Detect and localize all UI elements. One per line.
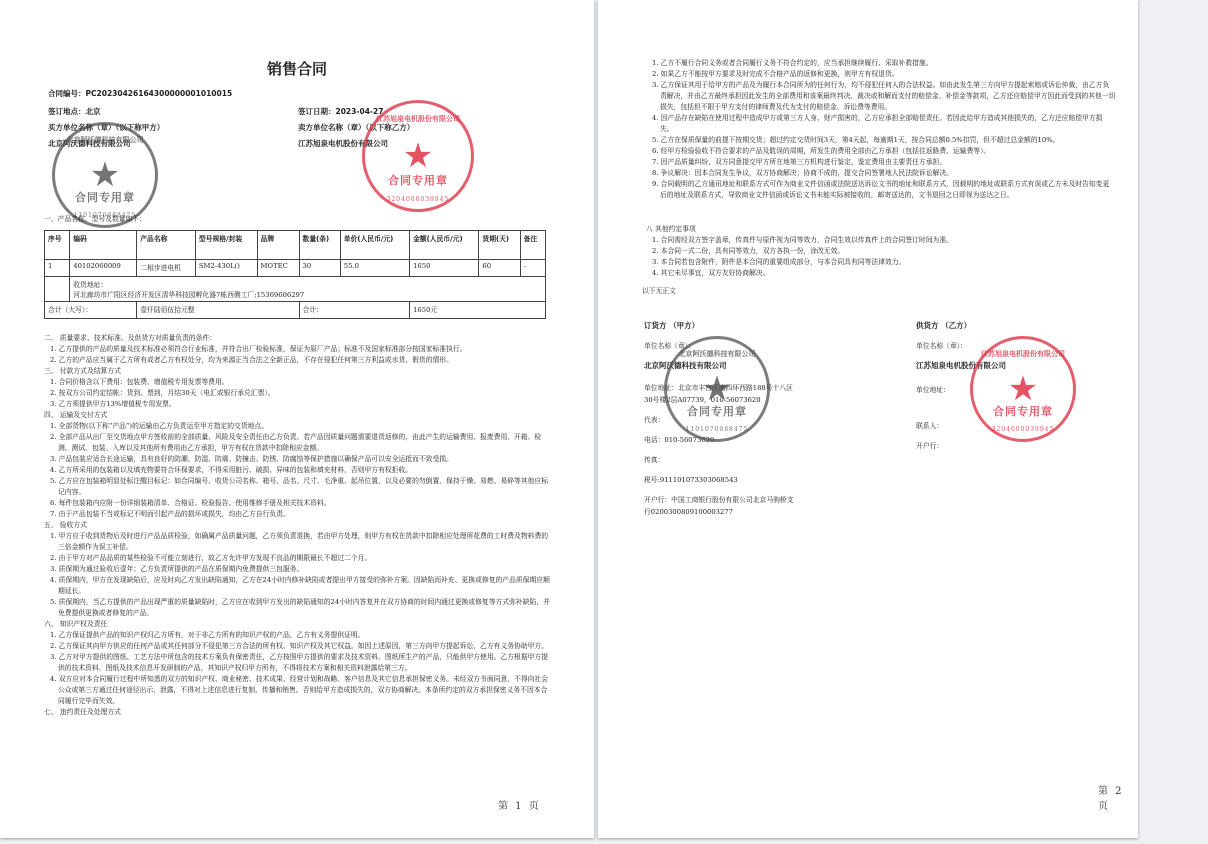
clause-item: 4. 乙方所采用的包装箱以及填充物要符合环保要求，不得采用脏污、破损、异味的包装… xyxy=(44,465,554,476)
buyer-name-label: 单位名称（章）： xyxy=(644,340,794,352)
column-header: 金额(人民币/元) xyxy=(410,231,479,260)
clause-item: 1. 合同价格含以下费用：包装费、增值税专用发票等费用。 xyxy=(44,377,554,388)
clause-item: 7. 由于产品包装不当或标记不明而引起产品的损坏或损失，均由乙方自行负责。 xyxy=(44,509,554,520)
clause-item: 4. 质保期内，甲方在发现缺陷后，应及时向乙方发出缺陷通知，乙方在24小时内修补… xyxy=(44,575,554,597)
seller-name-label: 单位名称（章）： xyxy=(916,340,1066,352)
seal-text: 合同专用章 xyxy=(388,172,448,188)
section-1-title: 一、产品名称、型号及数量如下： xyxy=(44,214,554,225)
column-header: 产品名称 xyxy=(137,231,196,260)
section-heading: 二、 质量要求、技术标准、及供货方对质量负责的条件： xyxy=(44,333,554,344)
address-row: 收货地址： 河北廊坊市广阳区经济开发区清华科技园孵化器7栋西侧工厂;153696… xyxy=(45,277,546,302)
buyer-name: 北京阿沃德科技有限公司 xyxy=(644,360,794,372)
column-header: 单价(人民币/元) xyxy=(340,231,409,260)
clause-item: 5. 质保期内，当乙方提供的产品出现严重的质量缺陷时，乙方应在收到甲方发出的缺陷… xyxy=(44,597,554,619)
seller-name: 江苏旭泉电机股份有限公司 xyxy=(916,360,1066,372)
clause-item: 3. 乙方对甲方提供的图纸、工艺方法中所包含的技术方案负有保密责任，乙方按照甲方… xyxy=(44,652,554,674)
clause-item: 3. 质保期为通过验收后壹年；乙方负责所提供的产品在质保期内免费提供三包服务。 xyxy=(44,564,554,575)
clause-item: 4. 因产品存在缺陷在使用过程中造成甲方或第三方人身、财产损害的，乙方应承担全部… xyxy=(646,113,1116,135)
seller-bank: 开户行： xyxy=(916,440,1066,452)
seller-label: 卖方单位名称（章）（以下称乙方） xyxy=(298,122,414,133)
address-label: 收货地址： xyxy=(73,279,542,289)
buyer-label: 买方单位名称（章）（以下称甲方） xyxy=(48,122,164,133)
page-number: 第 1 页 xyxy=(498,797,541,812)
total-row: 合计（大写）： 壹仟陆佰伍拾元整 合计： 1650元 xyxy=(45,302,546,319)
buyer-representative: 代表： xyxy=(644,414,794,426)
total-upper-value: 壹仟陆佰伍拾元整 xyxy=(137,302,299,319)
page-number: 第 2 页 xyxy=(1098,782,1138,812)
clause-item: 3. 产品包装应适合长途运输，具有良好的防潮、防湿、防震、防撞击、防锈、防腐蚀等… xyxy=(44,454,554,465)
clause-item: 3. 本合同若包含附件，附件是本合同的重要组成部分，与本合同具有同等法律效力。 xyxy=(646,257,1116,268)
buyer-bank: 开户行：中国工商银行股份有限公司北京马驹桥支行02003008091000032… xyxy=(644,494,794,518)
seal-number: 3204000039945 xyxy=(387,196,450,203)
clause-item: 8. 争议解决：因本合同发生争议，双方协商解决；协商不成的，提交合同签署地人民法… xyxy=(646,168,1116,179)
buyer-tax-id: 税号:911101073303068543 xyxy=(644,474,794,486)
delivery-address: 收货地址： 河北廊坊市广阳区经济开发区清华科技园孵化器7栋西侧工厂;153696… xyxy=(70,277,546,302)
table-cell: 1650 xyxy=(410,260,479,277)
table-row: 140102060009二相步进电机SM2-430L()MOTEC3055.01… xyxy=(45,260,546,277)
total-label: 合计： xyxy=(299,302,410,319)
table-header-row: 序号编码产品名称型号规格/封装品牌数量(条)单价(人民币/元)金额(人民币/元)… xyxy=(45,231,546,260)
buyer-address: 单位地址：北京市丰台区南四环西路188号十八区30号楼2层A07739，010-… xyxy=(644,382,794,406)
seller-contact: 联系人： xyxy=(916,420,1066,432)
address-value: 河北廊坊市广阳区经济开发区清华科技园孵化器7栋西侧工厂;15369606297 xyxy=(73,289,542,299)
section-heading: 四、 运输及交付方式 xyxy=(44,410,554,421)
section-7-clauses: 1. 乙方不履行合同义务或者合同履行义务不符合约定的，应当承担继续履行、采取补救… xyxy=(646,58,1116,201)
clause-item: 2. 由于甲方对产品品质的某些检验不可能立刻进行，故乙方允许甲方发现不良品的期限… xyxy=(44,553,554,564)
clause-item: 1. 乙方不履行合同义务或者合同履行义务不符合约定的，应当承担继续履行、采取补救… xyxy=(646,58,1116,69)
clause-item: 9. 合同载明的乙方通讯地址和联系方式可作为商业文件信函或法院送达诉讼文书的地址… xyxy=(646,179,1116,201)
buyer-name: 北京阿沃德科技有限公司 xyxy=(48,138,131,149)
clause-item: 2. 乙方保证其向甲方供应的任何产品或其任何部分不侵犯第三方合法的所有权、知识产… xyxy=(44,641,554,652)
buyer-signature-block: 订货方 （甲方） 单位名称（章）： 北京阿沃德科技有限公司 单位地址：北京市丰台… xyxy=(644,320,794,526)
clause-item: 6. 经甲方检验验收不符合要求的产品及耽误的周期，所发生的费用全部由乙方承担（包… xyxy=(646,146,1116,157)
clause-item: 2. 全部产品从出厂至交货地点甲方签收前的全部质量、风险及安全责任由乙方负责。若… xyxy=(44,432,554,454)
clause-item: 2. 按双方公司约定结帐：货到、票到，月结30天（电汇或银行承兑汇票）。 xyxy=(44,388,554,399)
table-cell: 60 xyxy=(479,260,520,277)
buyer-fax: 传真： xyxy=(644,454,794,466)
seller-name: 江苏旭泉电机股份有限公司 xyxy=(298,138,388,149)
column-header: 型号规格/封装 xyxy=(195,231,257,260)
section-heading: 三、 付款方式及结算方式 xyxy=(44,366,554,377)
section-8-clauses: 1. 合同需经双方签字盖章，传真件与原件视为同等效力，合同生效以传真件上的合同签… xyxy=(646,235,1116,279)
column-header: 序号 xyxy=(45,231,70,260)
clause-item: 3. 乙方须提供甲方13%增值税专用发票。 xyxy=(44,399,554,410)
section-8-heading: 八 其他约定事项 xyxy=(646,224,1116,235)
table-cell: - xyxy=(520,260,545,277)
contract-number: 合同编号：PC20230426164300000001010015 xyxy=(48,88,232,99)
contract-clauses: 二、 质量要求、技术标准、及供货方对质量负责的条件：1. 乙方提供的产品的质量及… xyxy=(44,333,554,718)
column-header: 数量(条) xyxy=(299,231,340,260)
buyer-heading: 订货方 （甲方） xyxy=(644,320,794,332)
clause-item: 6. 每件包装箱内应附一份详细装箱清单、合格证、检验报告、使用维修手册及相关技术… xyxy=(44,498,554,509)
table-cell: MOTEC xyxy=(257,260,299,277)
clause-item: 3. 乙方保证其用于给甲方的产品及为履行本合同所为的任何行为，均不侵犯任何人的合… xyxy=(646,80,1116,113)
total-value: 1650元 xyxy=(410,302,546,319)
seller-address: 单位地址： xyxy=(916,384,1066,396)
star-icon: ★ xyxy=(90,158,120,192)
document-title: 销售合同 xyxy=(0,58,594,79)
contract-page-1: 销售合同 合同编号：PC20230426164300000001010015 签… xyxy=(0,0,594,838)
buyer-phone: 电话：010-56073620 xyxy=(644,434,794,446)
table-cell: 1 xyxy=(45,260,70,277)
product-table: 序号编码产品名称型号规格/封装品牌数量(条)单价(人民币/元)金额(人民币/元)… xyxy=(44,230,546,319)
column-header: 品牌 xyxy=(257,231,299,260)
table-cell: 55.0 xyxy=(340,260,409,277)
clause-item: 5. 乙方应在包装箱明显处标注醒目标记：如合同编号、收货公司名称、箱号、品名、尺… xyxy=(44,476,554,498)
clause-item: 1. 全部货物(以下称“产品”)的运输由乙方负责运至甲方指定的交货地点。 xyxy=(44,421,554,432)
section-heading: 七、 违约责任及处理方式 xyxy=(44,707,554,718)
end-note: 以下无正文 xyxy=(642,286,1112,297)
clause-item: 5. 乙方在保质保量的前提下按期交货；超过约定交货时间3天，第4天起，每逾期1天… xyxy=(646,135,1116,146)
section-8: 八 其他约定事项 1. 合同需经双方签字盖章，传真件与原件视为同等效力，合同生效… xyxy=(646,224,1116,279)
clause-item: 1. 乙方保证提供产品的知识产权归乙方所有，对于非乙方所有的知识产权的产品，乙方… xyxy=(44,630,554,641)
table-cell: 30 xyxy=(299,260,340,277)
clause-item: 2. 本合同一式二份，具有同等效力，双方各执一份，涂改无效。 xyxy=(646,246,1116,257)
clause-item: 4. 其它未尽事宜，双方友好协商解决。 xyxy=(646,268,1116,279)
column-header: 备注 xyxy=(520,231,545,260)
table-cell: 二相步进电机 xyxy=(137,260,196,277)
seal-text: 合同专用章 xyxy=(75,189,135,205)
column-header: 编码 xyxy=(70,231,137,260)
seller-signature-block: 供货方 （乙方） 单位名称（章）： 江苏旭泉电机股份有限公司 单位地址： 联系人… xyxy=(916,320,1066,460)
clause-item: 2. 如果乙方不能按甲方要求及时完成不合格产品的返修和更换，则甲方有权退货。 xyxy=(646,69,1116,80)
total-upper-label: 合计（大写）： xyxy=(45,302,137,319)
sign-date: 签订日期：2023-04-27 xyxy=(298,106,383,117)
section-heading: 六、 知识产权及责任 xyxy=(44,619,554,630)
clause-item: 4. 双方应对本合同履行过程中所知悉的双方的知识产权、商业秘密、技术成果、经营计… xyxy=(44,674,554,707)
clause-item: 2. 乙方的产品应当属于乙方所有或者乙方有权处分，均为来源正当合法之全新正品，不… xyxy=(44,355,554,366)
contract-page-2: 1. 乙方不履行合同义务或者合同履行义务不符合约定的，应当承担继续履行、采取补救… xyxy=(598,0,1138,838)
clause-item: 1. 合同需经双方签字盖章，传真件与原件视为同等效力，合同生效以传真件上的合同签… xyxy=(646,235,1116,246)
star-icon: ★ xyxy=(403,139,433,173)
table-cell: 40102060009 xyxy=(70,260,137,277)
clause-item: 7. 因产品质量纠纷，双方同意提交甲方所在地第三方机构进行鉴定，鉴定费用由主要责… xyxy=(646,157,1116,168)
seller-heading: 供货方 （乙方） xyxy=(916,320,1066,332)
sign-place: 签订地点：北京 xyxy=(48,106,101,117)
table-cell: SM2-430L() xyxy=(195,260,257,277)
section-heading: 五、 验收方式 xyxy=(44,520,554,531)
clause-item: 1. 乙方提供的产品的质量及技术标准必须符合行业标准，并符合出厂检验标准，保证为… xyxy=(44,344,554,355)
clause-item: 1. 甲方应于收到货物后及时进行产品品质检验，如确属产品质量问题，乙方须负责退换… xyxy=(44,531,554,553)
column-header: 货期(天) xyxy=(479,231,520,260)
